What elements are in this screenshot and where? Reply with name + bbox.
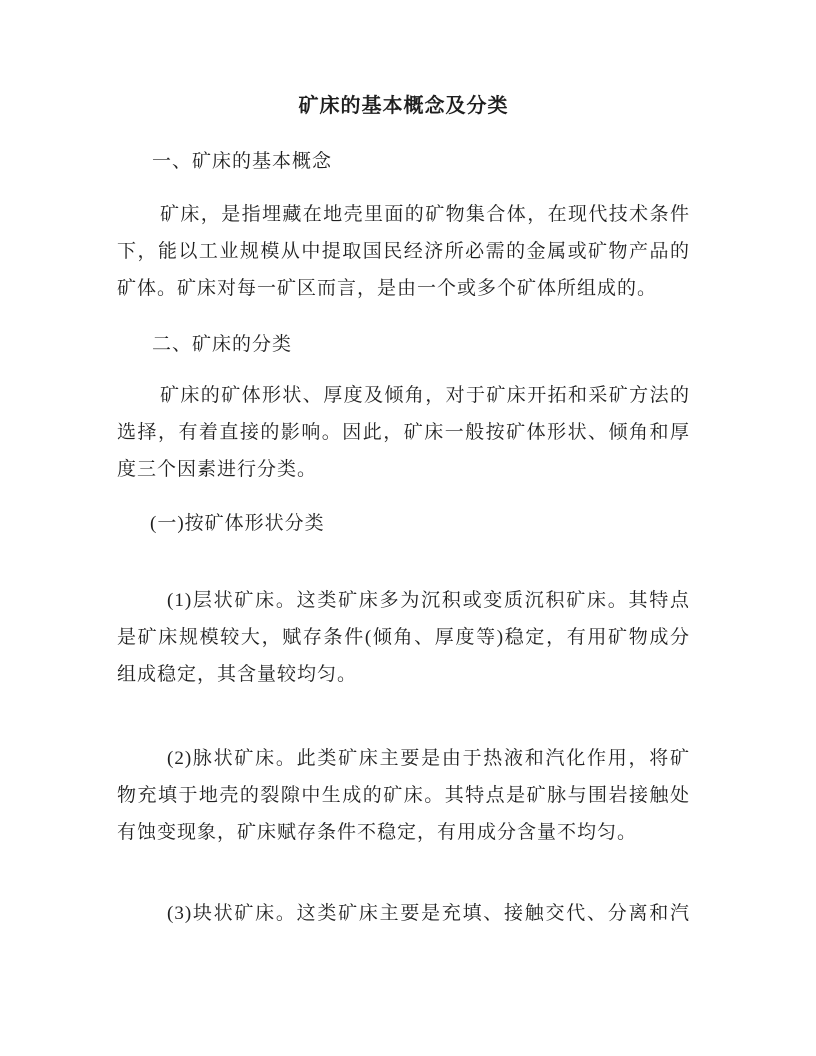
text-line: 物充填于地壳的裂隙中生成的矿床。其特点是矿脉与围岩接触处 <box>117 777 690 814</box>
text-line: 选择，有着直接的影响。因此，矿床一般按矿体形状、倾角和厚 <box>117 414 690 451</box>
text-line: 度三个因素进行分类。 <box>117 451 690 488</box>
document-title: 矿床的基本概念及分类 <box>117 88 690 125</box>
text-line: 组成稳定，其含量较均匀。 <box>117 656 690 693</box>
text-line: 下，能以工业规模从中提取国民经济所必需的金属或矿物产品的 <box>117 233 690 270</box>
paragraph-2: 矿床的矿体形状、厚度及倾角，对于矿床开拓和采矿方法的 选择，有着直接的影响。因此… <box>117 377 690 488</box>
document-content: 矿床的基本概念及分类 一、矿床的基本概念 矿床，是指埋藏在地壳里面的矿物集合体，… <box>117 88 690 932</box>
paragraph-4: (2)脉状矿床。此类矿床主要是由于热液和汽化作用，将矿 物充填于地壳的裂隙中生成… <box>117 740 690 851</box>
text-line: 是矿床规模较大，赋存条件(倾角、厚度等)稳定，有用矿物成分 <box>117 619 690 656</box>
section-heading-2: 二、矿床的分类 <box>117 326 690 363</box>
text-line: 有蚀变现象，矿床赋存条件不稳定，有用成分含量不均匀。 <box>117 814 690 851</box>
text-line: 矿床，是指埋藏在地壳里面的矿物集合体，在现代技术条件 <box>117 196 690 233</box>
text-line: (1)层状矿床。这类矿床多为沉积或变质沉积矿床。其特点 <box>117 582 690 619</box>
text-line: 矿床的矿体形状、厚度及倾角，对于矿床开拓和采矿方法的 <box>117 377 690 414</box>
document-page: 矿床的基本概念及分类 一、矿床的基本概念 矿床，是指埋藏在地壳里面的矿物集合体，… <box>0 0 816 1056</box>
section-heading-1: 一、矿床的基本概念 <box>117 143 690 180</box>
paragraph-3: (1)层状矿床。这类矿床多为沉积或变质沉积矿床。其特点 是矿床规模较大，赋存条件… <box>117 582 690 693</box>
text-line: (2)脉状矿床。此类矿床主要是由于热液和汽化作用，将矿 <box>117 740 690 777</box>
paragraph-1: 矿床，是指埋藏在地壳里面的矿物集合体，在现代技术条件 下，能以工业规模从中提取国… <box>117 196 690 307</box>
text-line: (3)块状矿床。这类矿床主要是充填、接触交代、分离和汽 <box>117 895 690 932</box>
paragraph-5: (3)块状矿床。这类矿床主要是充填、接触交代、分离和汽 <box>117 895 690 932</box>
text-line: 矿体。矿床对每一矿区而言，是由一个或多个矿体所组成的。 <box>117 270 690 307</box>
section-heading-3: (一)按矿体形状分类 <box>117 505 690 542</box>
